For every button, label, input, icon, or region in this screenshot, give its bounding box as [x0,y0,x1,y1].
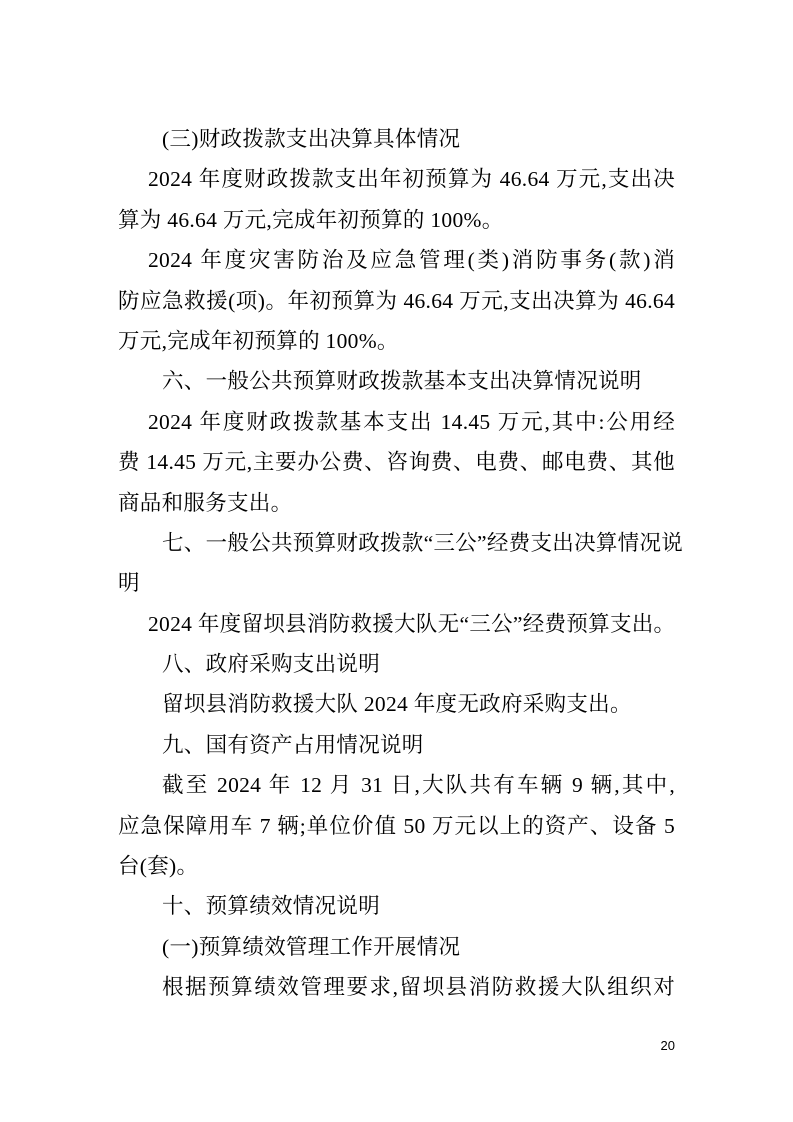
section-heading-line: 十、预算绩效情况说明 [118,886,675,926]
text-line: 2024 年度财政拨款基本支出 14.45 万元,其中:公用经 [118,402,675,442]
text-line: 根据预算绩效管理要求,留坝县消防救援大队组织对 [118,967,675,1007]
text-line: 万元,完成年初预算的 100%。 [118,321,675,361]
text-line: 截至 2024 年 12 月 31 日,大队共有车辆 9 辆,其中, [118,765,675,805]
section-heading-line: 七、一般公共预算财政拨款“三公”经费支出决算情况说 [118,523,675,563]
text-line: 台(套)。 [118,846,675,886]
text-line: 商品和服务支出。 [118,483,675,523]
text-line: 防应急救援(项)。年初预算为 46.64 万元,支出决算为 46.64 [118,281,675,321]
document-body: (三)财政拨款支出决算具体情况2024 年度财政拨款支出年初预算为 46.64 … [118,119,675,1008]
text-line: 2024 年度财政拨款支出年初预算为 46.64 万元,支出决 [118,159,675,199]
section-heading-line: 明 [118,563,675,603]
text-line: 2024 年度灾害防治及应急管理(类)消防事务(款)消 [118,240,675,280]
section-heading-line: (一)预算绩效管理工作开展情况 [118,927,675,967]
section-heading-line: 八、政府采购支出说明 [118,644,675,684]
section-heading-line: 六、一般公共预算财政拨款基本支出决算情况说明 [118,361,675,401]
text-line: 留坝县消防救援大队 2024 年度无政府采购支出。 [118,684,675,724]
text-line: 费 14.45 万元,主要办公费、咨询费、电费、邮电费、其他 [118,442,675,482]
page-number: 20 [615,1038,675,1053]
document-page: (三)财政拨款支出决算具体情况2024 年度财政拨款支出年初预算为 46.64 … [0,0,793,1122]
section-heading-line: 九、国有资产占用情况说明 [118,725,675,765]
text-line: 2024 年度留坝县消防救援大队无“三公”经费预算支出。 [118,604,675,644]
text-line: 算为 46.64 万元,完成年初预算的 100%。 [118,200,675,240]
section-heading-line: (三)财政拨款支出决算具体情况 [118,119,675,159]
text-line: 应急保障用车 7 辆;单位价值 50 万元以上的资产、设备 5 [118,806,675,846]
